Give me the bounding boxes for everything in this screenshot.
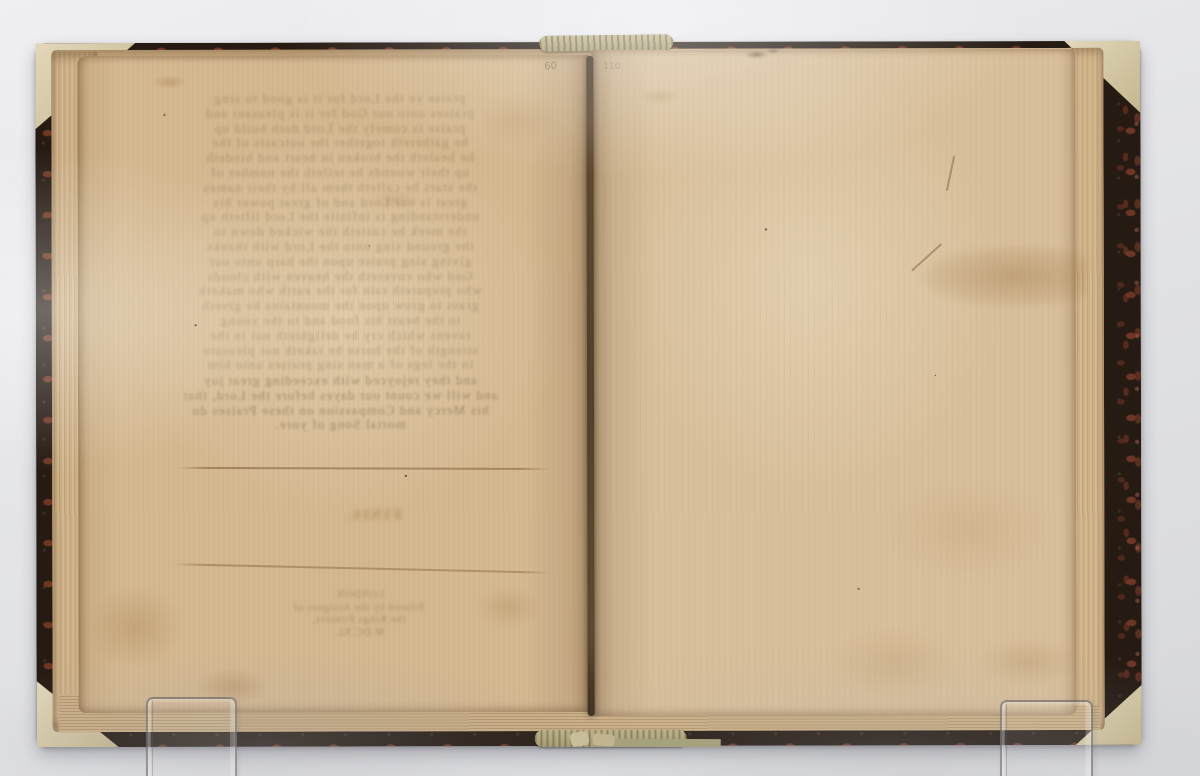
right-page: 110 [591,49,1076,716]
show-through-line: mortal Song of yore. [114,417,566,433]
show-through-line: and will we count our dayes before the L… [114,388,566,404]
show-through-line: the Kings Printers. [246,614,470,627]
show-through-rule [174,563,552,573]
pencil-faint-number: 110 [603,62,620,72]
left-page: praise ye the Lord for it is good to sin… [77,55,590,713]
show-through-line: in the legs of a man sing praises unto h… [136,357,544,373]
show-through-text-lower: and they rejoyced with exceeding great j… [114,373,566,433]
show-through-line: up their wounds he telleth the number of [136,165,544,181]
show-through-line: the ground sing unto the Lord with thank… [136,239,544,255]
show-through-finis: FINIS. [308,507,438,524]
photograph-scene: praise ye the Lord for it is good to sin… [0,0,1200,776]
show-through-line: the meek he casteth the wicked down to [136,224,544,240]
show-through-line: God who covereth the heaven with clouds [136,269,544,285]
show-through-line: grass to grow upon the mountains he give… [136,298,544,314]
show-through-line: understanding is infinite the Lord lifte… [136,209,544,225]
spine-tail-tab [592,733,615,747]
show-through-line: the stars he calleth them all by their n… [136,180,544,196]
show-through-line: praises unto our God for it is pleasant … [135,106,543,122]
scratch-mark [946,155,955,191]
show-through-line: great is our Lord and of great power his [136,195,544,211]
show-through-rule [178,467,550,470]
show-through-line: strength of the horse he taketh not plea… [136,343,544,359]
show-through-line: who prepareth rain for the earth who mak… [136,283,544,299]
show-through-line: Printed by the Assignes of [246,602,470,615]
show-through-line: M.DC.XL. [246,627,470,640]
pencil-foliation-number: 60 [544,61,557,73]
show-through-line: to the beast his food and to the young [136,313,544,329]
ink-smudge [737,46,785,64]
spine-tail-tab [570,731,590,748]
show-through-line: and they rejoyced with exceeding great j… [114,373,566,389]
show-through-text-upper: praise ye the Lord for it is good to sin… [135,91,544,373]
show-through-line: giving sing praise upon the harp unto ou… [136,254,544,270]
show-through-line: ravens which cry he delighteth not in th… [136,328,544,344]
show-through-line: praise is comely the Lord doth build up [135,121,543,137]
show-through-line: LONDON: [246,589,470,602]
gutter-shadow [586,56,594,716]
show-through-line: his Mercy and Compassion on these Praise… [114,403,566,419]
acrylic-strap-left [146,697,237,776]
show-through-colophon: LONDON:Printed by the Assignes ofthe Kin… [246,589,470,639]
show-through-line: he gathereth together the outcasts of th… [135,135,543,151]
show-through-line: he healeth the broken in heart and binde… [135,150,543,166]
acrylic-strap-right [1000,700,1093,776]
show-through-line: praise ye the Lord for it is good to sin… [135,91,543,107]
open-book: praise ye the Lord for it is good to sin… [35,41,1141,747]
brown-stain [922,245,1087,307]
